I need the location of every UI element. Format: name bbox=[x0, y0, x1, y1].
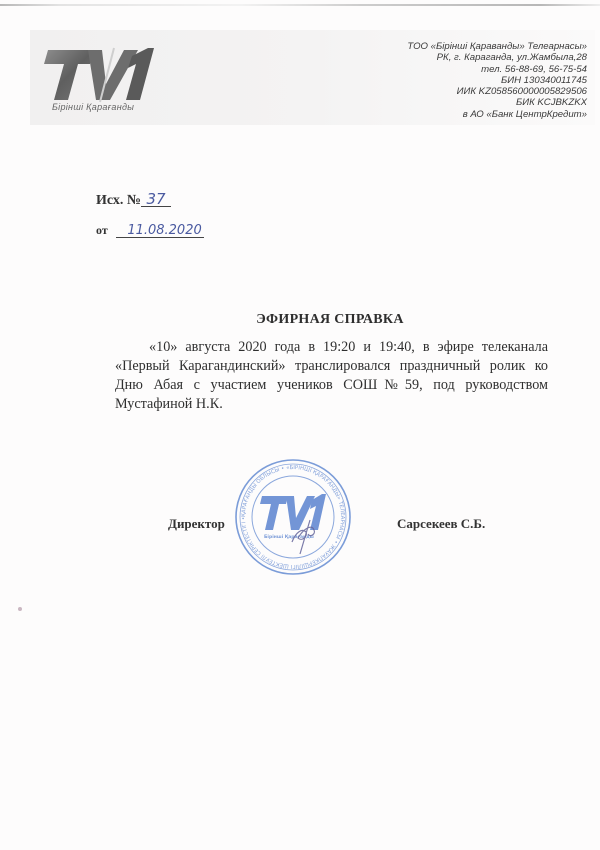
company-name: ТОО «Бірінші Қараванды» Телеарнасы» bbox=[407, 41, 587, 52]
company-address: РК, г. Караганда, ул.Жамбыла,28 bbox=[407, 52, 587, 63]
company-details: ТОО «Бірінші Қараванды» Телеарнасы» РК, … bbox=[407, 41, 587, 120]
logo-caption: Бірінші Қарағанды bbox=[52, 102, 134, 112]
company-bank: в АО «Банк ЦентрКредит» bbox=[407, 109, 587, 120]
outgoing-number-line: Исх. №37 bbox=[96, 192, 171, 209]
company-bin: БИН 130340011745 bbox=[407, 75, 587, 86]
document-title: ЭФИРНАЯ СПРАВКА bbox=[0, 312, 600, 328]
signature-name: Сарсекеев С.Б. bbox=[397, 516, 485, 532]
outgoing-number: 37 bbox=[141, 192, 171, 207]
date-value: 11.08.2020 bbox=[116, 224, 204, 238]
outgoing-label: Исх. № bbox=[96, 193, 141, 208]
company-phone: тел. 56-88-69, 56-75-54 bbox=[407, 64, 587, 75]
company-bik: БИК KCJBKZKX bbox=[407, 97, 587, 108]
company-iik: ИИК KZ058560000005829506 bbox=[407, 86, 587, 97]
document-body: «10» августа 2020 года в 19:20 и 19:40, … bbox=[115, 338, 548, 414]
signature-role: Директор bbox=[168, 516, 225, 532]
date-label: от bbox=[96, 223, 108, 237]
company-stamp: ҚАРАҒАНДЫ ОБЛЫСЫ • «БІРІНШІ ҚАРАҒАНДЫ» Т… bbox=[234, 458, 352, 576]
date-line: от11.08.2020 bbox=[96, 223, 204, 238]
scan-top-edge bbox=[0, 4, 600, 6]
scan-speck bbox=[18, 607, 22, 611]
